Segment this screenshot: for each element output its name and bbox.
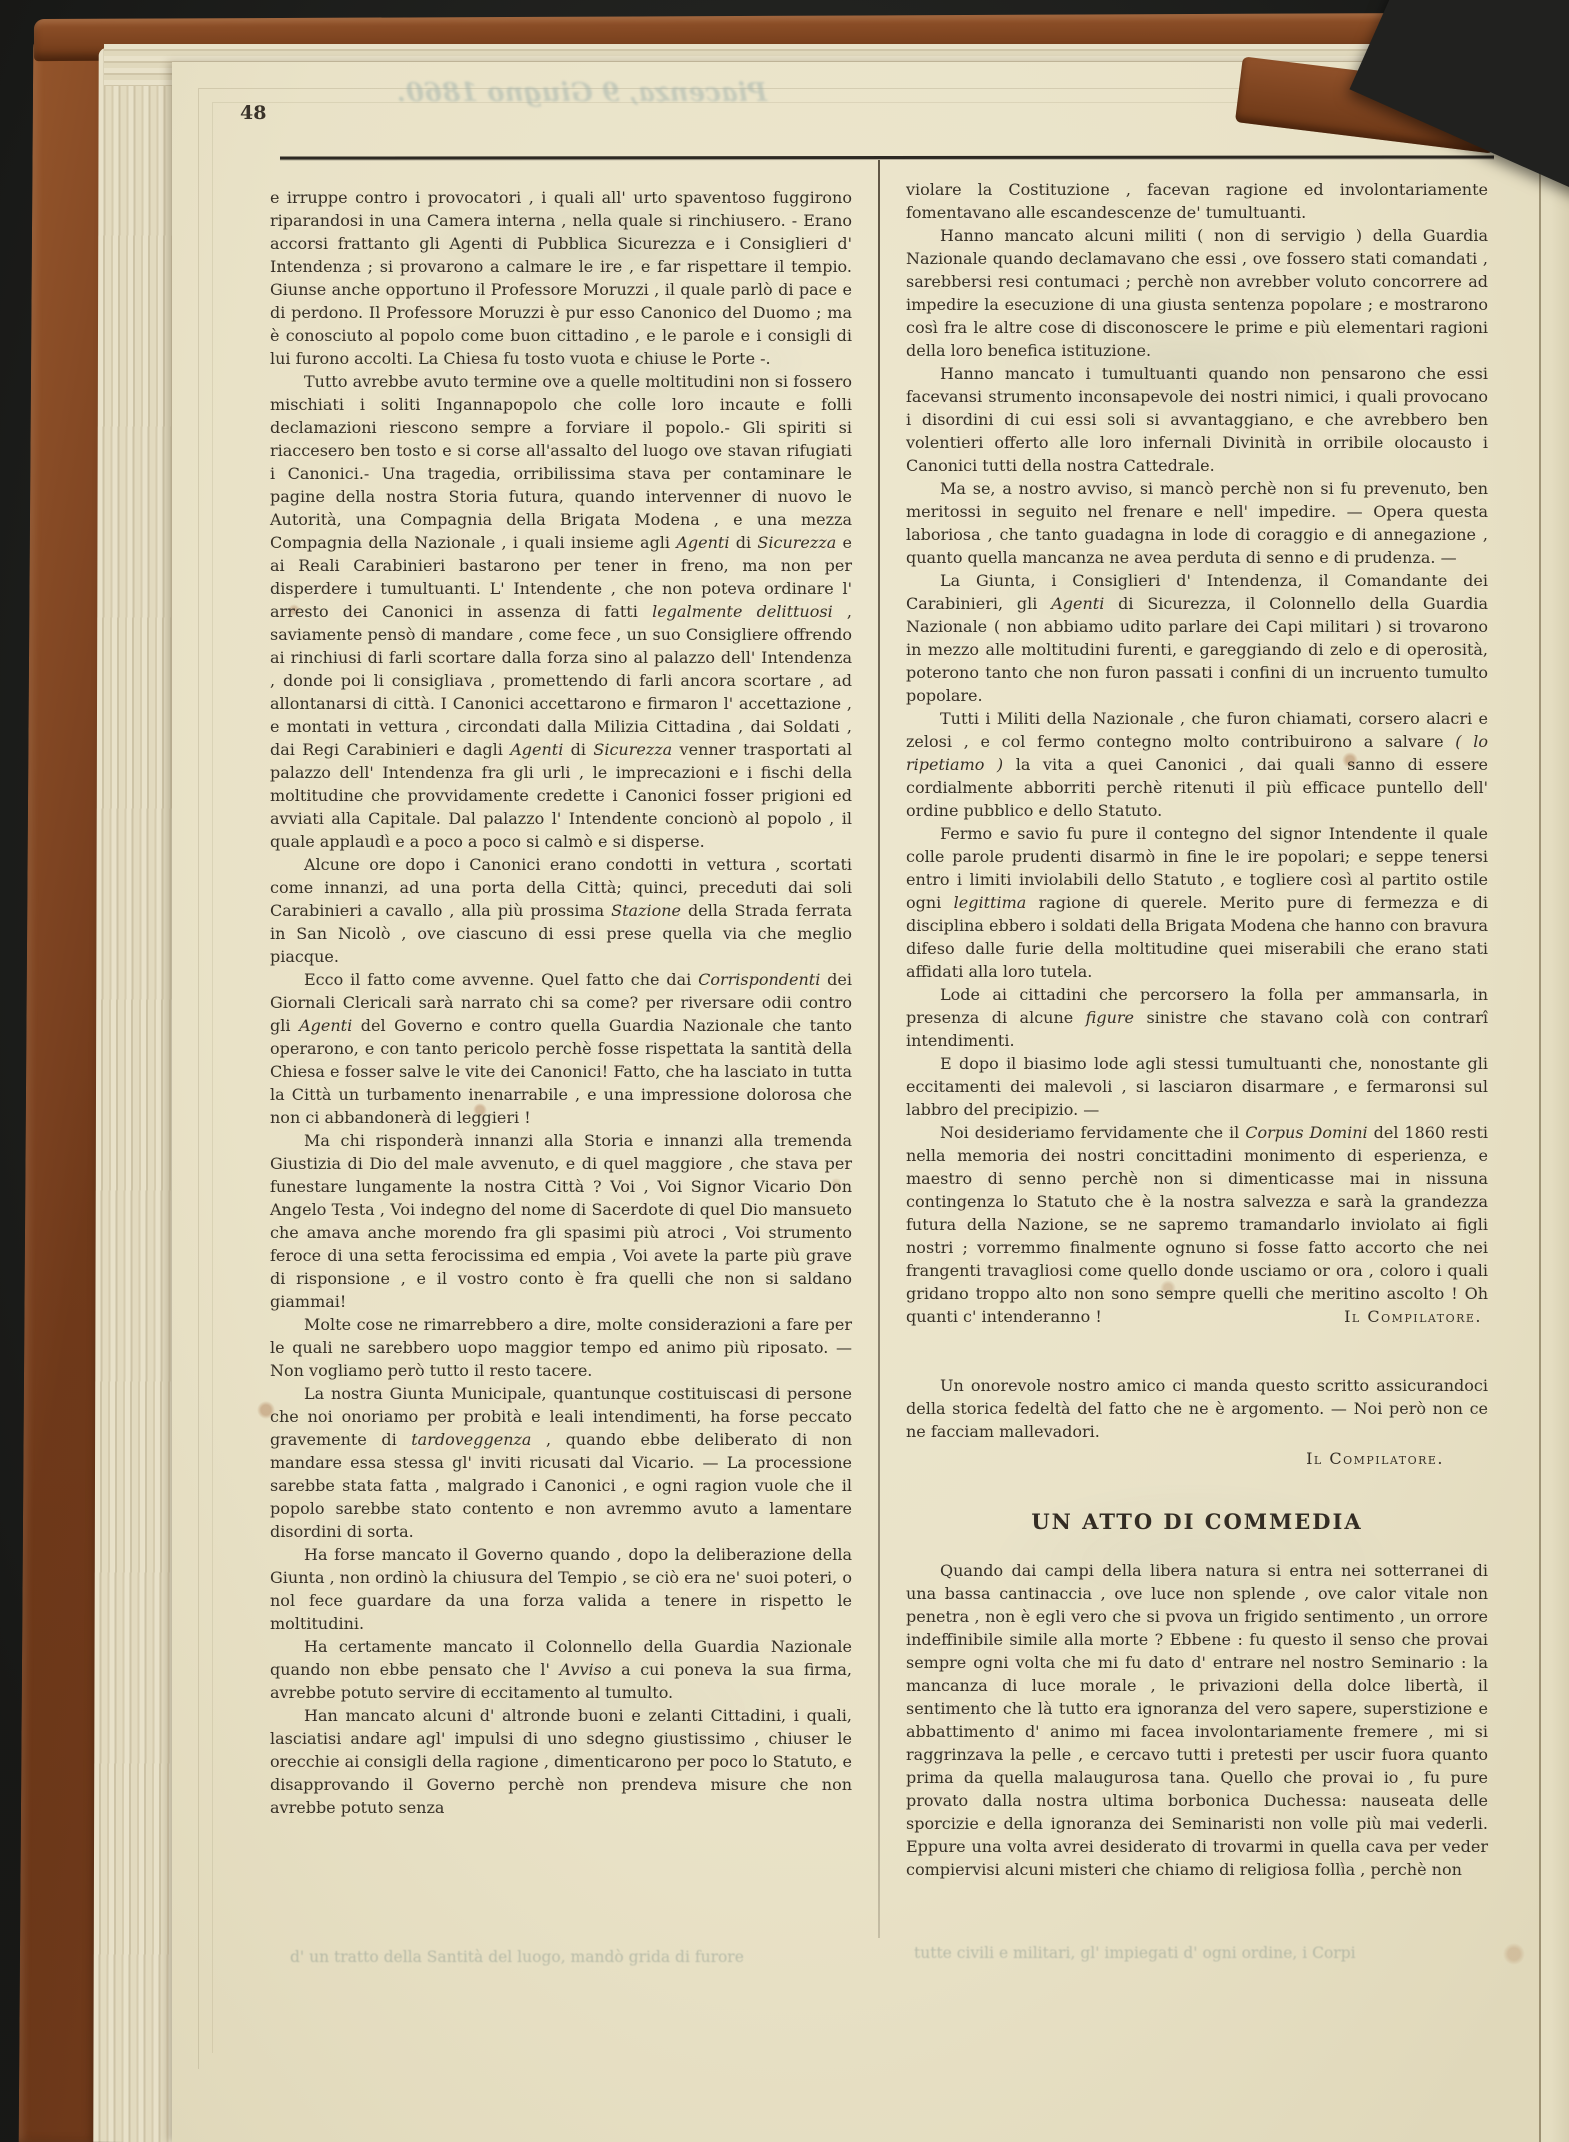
paragraph: Ma se, a nostro avviso, si mancò perchè … (906, 477, 1488, 569)
paragraph: violare la Costituzione , facevan ragion… (906, 178, 1488, 224)
paragraph: Molte cose ne rimarrebbero a dire, molte… (270, 1313, 852, 1382)
bleedthrough-line-col1: d' un tratto della Santità del luogo, ma… (290, 1948, 744, 1966)
closing-text: Noi desideriamo fervidamente che il Corp… (906, 1123, 1488, 1326)
note-signature: Il Compilatore. (906, 1447, 1444, 1470)
paragraph: Tutto avrebbe avuto termine ove a quelle… (270, 370, 852, 853)
bleedthrough-line-col2: tutte civili e militari, gl' impiegati d… (914, 1944, 1356, 1962)
paragraph: Ha certamente mancato il Colonnello dell… (270, 1635, 852, 1704)
article-paragraph: Quando dai campi della libera natura si … (906, 1559, 1488, 1881)
column-2: violare la Costituzione , facevan ragion… (906, 178, 1488, 1881)
column-2-paragraphs: violare la Costituzione , facevan ragion… (906, 178, 1488, 1121)
page-number: 48 (240, 102, 266, 124)
newspaper-page: 48 Piacenza, 9 Giugno 1860. Num. 11. e i… (172, 62, 1569, 2142)
paragraph: Lode ai cittadini che percorsero la foll… (906, 983, 1488, 1052)
paragraph: Han mancato alcuni d' altronde buoni e z… (270, 1704, 852, 1819)
paragraph: La Giunta, i Consiglieri d' Intendenza, … (906, 569, 1488, 707)
paragraph: Hanno mancato i tumultuanti quando non p… (906, 362, 1488, 477)
article-heading: UN ATTO DI COMMEDIA (906, 1510, 1488, 1533)
paragraph: Hanno mancato alcuni militi ( non di ser… (906, 224, 1488, 362)
column-divider-rule (878, 160, 880, 1938)
paragraph: Alcune ore dopo i Canonici erano condott… (270, 853, 852, 968)
compiler-signature: Il Compilatore. (1310, 1305, 1488, 1328)
paragraph: Tutti i Militi della Nazionale , che fur… (906, 707, 1488, 822)
paragraph: La nostra Giunta Municipale, quantunque … (270, 1382, 852, 1543)
bleedthrough-date-header: Piacenza, 9 Giugno 1860. (342, 78, 822, 108)
paragraph: E dopo il biasimo lode agli stessi tumul… (906, 1052, 1488, 1121)
closing-paragraph: Noi desideriamo fervidamente che il Corp… (906, 1121, 1488, 1328)
paragraph: e irruppe contro i provocatori , i quali… (270, 186, 852, 370)
paragraph: Ma chi risponderà innanzi alla Storia e … (270, 1129, 852, 1313)
paragraph: Ecco il fatto come avvenne. Quel fatto c… (270, 968, 852, 1129)
note-paragraph: Un onorevole nostro amico ci manda quest… (906, 1374, 1488, 1443)
paragraph: Ha forse mancato il Governo quando , dop… (270, 1543, 852, 1635)
page-fold-edge (1539, 62, 1569, 2142)
paragraph: Fermo e savio fu pure il contegno del si… (906, 822, 1488, 983)
column-1: e irruppe contro i provocatori , i quali… (270, 186, 852, 1819)
page-stack-edges-left (93, 48, 182, 2142)
